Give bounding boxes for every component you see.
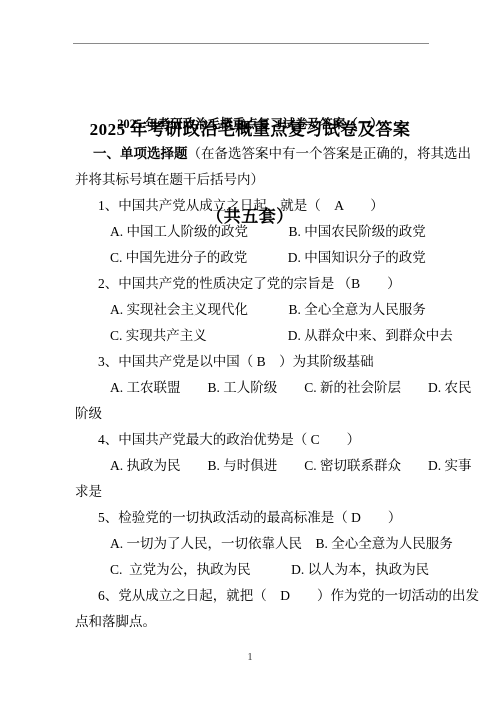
document-line: A. 工农联盟 B. 工人阶级 C. 新的社会阶层 D. 农民 <box>75 375 445 401</box>
document-line: 求是 <box>75 479 445 505</box>
document-line: 1、中国共产党从成立之日起，就是（ A ） <box>75 193 445 219</box>
document-line: C. 立党为公，执政为民 D. 以人为本，执政为民 <box>75 557 445 583</box>
document-line: 2、中国共产党的性质决定了党的宗旨是 （B ） <box>75 271 445 297</box>
header-rule <box>73 43 429 44</box>
document-line: C. 实现共产主义 D. 从群众中来、到群众中去 <box>75 323 445 349</box>
document-line: 5、检验党的一切执政活动的最高标准是（ D ） <box>75 505 445 531</box>
document-line: 6、党从成立之日起，就把（ D ）作为党的一切活动的出发 <box>75 583 445 609</box>
document-line: C. 中国先进分子的政党 D. 中国知识分子的政党 <box>75 245 445 271</box>
document-line: 点和落脚点。 <box>75 609 445 635</box>
page-number: 1 <box>0 652 500 663</box>
document-line: A. 实现社会主义现代化 B. 全心全意为人民服务 <box>75 297 445 323</box>
document-line: A. 一切为了人民，一切依靠人民 B. 全心全意为人民服务 <box>75 531 445 557</box>
document-line: 3、中国共产党是以中国（ B ）为其阶级基础 <box>75 349 445 375</box>
document-line: A. 执政为民 B. 与时俱进 C. 密切联系群众 D. 实事 <box>75 453 445 479</box>
document-body: 一、单项选择题（在备选答案中有一个答案是正确的，将其选出并将其标号填在题干后括号… <box>75 141 445 635</box>
document-page: 2025 年考研政治毛概重点复习试卷及答案 （共五套） 2025 年考研政治毛概… <box>0 0 500 707</box>
section-heading: 一、单项选择题 <box>93 146 188 161</box>
document-line: 并将其标号填在题干后括号内） <box>75 167 445 193</box>
document-line: 4、中国共产党最大的政治优势是（ C ） <box>75 427 445 453</box>
document-line: A. 中国工人阶级的政党 B. 中国农民阶级的政党 <box>75 219 445 245</box>
document-subtitle: 2025 年考研政治毛概重点复习试卷及答案（一） <box>0 114 500 134</box>
document-line: 一、单项选择题（在备选答案中有一个答案是正确的，将其选出 <box>75 141 445 167</box>
document-line: 阶级 <box>75 401 445 427</box>
